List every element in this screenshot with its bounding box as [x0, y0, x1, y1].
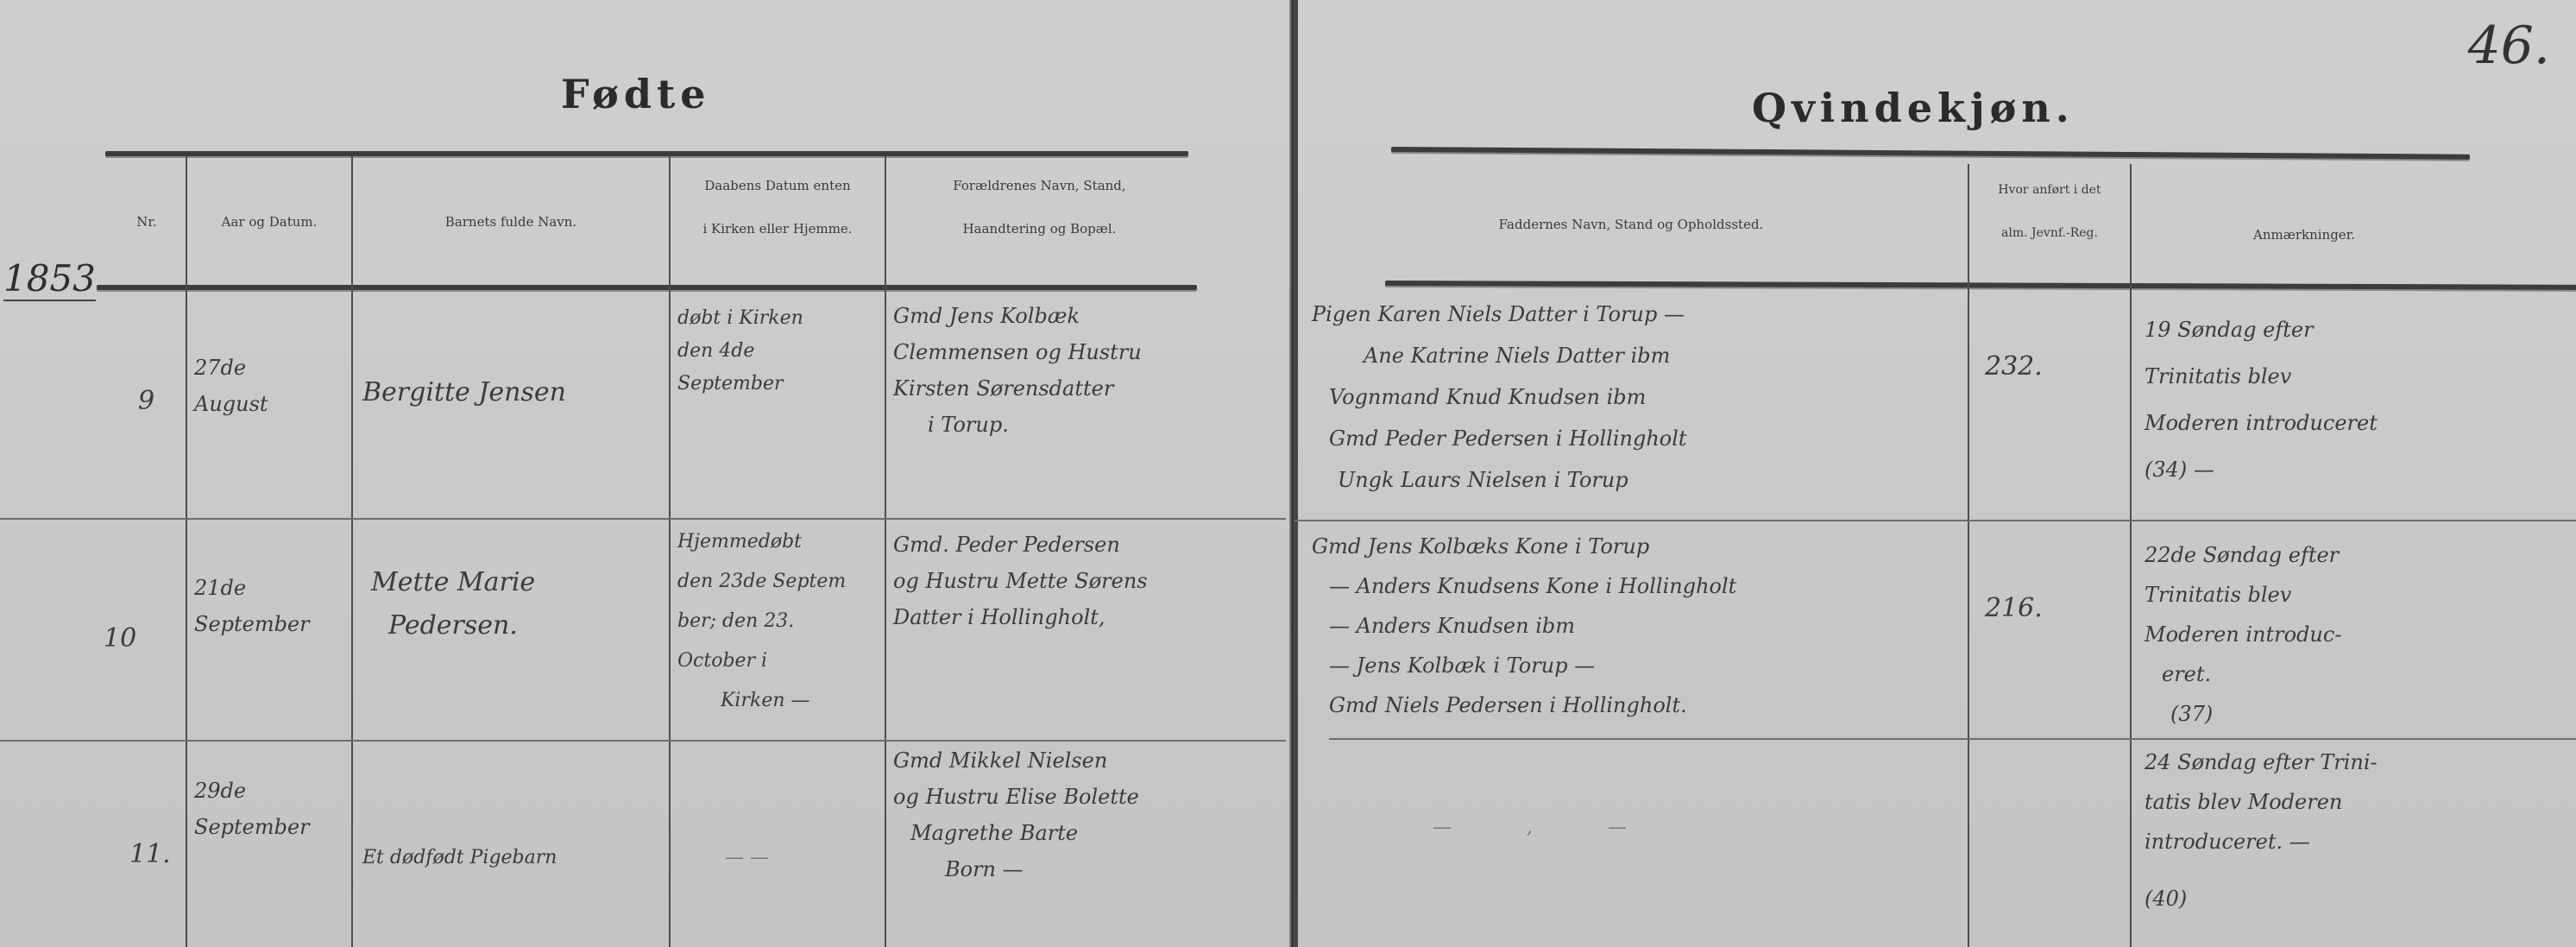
header-conf-reg: Hvor anført i det alm. Jevnf.-Reg.	[1969, 168, 2130, 255]
entry-sponsors: — , —	[1433, 811, 1661, 844]
header-parents-line2: Haandtering og Bopæl.	[886, 207, 1193, 250]
header-top-rule	[105, 151, 1188, 156]
row-divider	[0, 740, 1286, 742]
header-nr: Nr.	[112, 203, 181, 241]
entry-child-name: Mette Marie Pedersen.	[371, 561, 535, 647]
entry-remarks: 22de Søndag efter Trinitatis blev Modere…	[2145, 535, 2341, 734]
right-page: Qvindekjøn. 46. Faddernes Navn, Stand og…	[1294, 0, 2576, 947]
header-date: Aar og Datum.	[187, 203, 351, 241]
column-divider	[186, 155, 187, 947]
row-divider	[1329, 738, 2576, 740]
year-marker: 1853	[3, 257, 96, 301]
entry-baptism: døbt i Kirken den 4de September	[677, 302, 803, 401]
header-baptism: Daabens Datum enten i Kirken eller Hjemm…	[671, 164, 885, 250]
header-baptism-line2: i Kirken eller Hjemme.	[671, 207, 885, 250]
entry-parents: Gmd Mikkel Nielsen og Hustru Elise Bolet…	[893, 742, 1139, 887]
entry-date: 21de September	[194, 570, 310, 642]
entry-parents: Gmd Jens Kolbæk Clemmensen og Hustru Kir…	[893, 298, 1142, 443]
header-sponsors: Faddernes Navn, Stand og Opholdssted.	[1294, 205, 1968, 243]
header-remarks: Anmærkninger.	[2132, 216, 2477, 254]
header-parents-line1: Forældrenes Navn, Stand,	[886, 164, 1193, 207]
header-bottom-rule	[97, 285, 1197, 290]
entry-sponsors: Gmd Jens Kolbæks Kone i Torup — Anders K…	[1312, 527, 1736, 725]
entry-baptism: Hjemmedøbt den 23de Septem ber; den 23. …	[677, 522, 846, 721]
entry-nr: 10	[104, 617, 136, 660]
header-baptism-line1: Daabens Datum enten	[671, 164, 885, 207]
header-top-rule	[1391, 147, 2470, 160]
header-child-name: Barnets fulde Navn.	[353, 203, 669, 241]
column-divider	[1968, 164, 1969, 947]
column-divider	[669, 155, 671, 947]
row-divider	[1294, 520, 2576, 521]
entry-child-name: Et dødfødt Pigebarn	[362, 842, 557, 874]
page-title-female: Qvindekjøn.	[1752, 85, 2075, 131]
entry-parents: Gmd. Peder Pedersen og Hustru Mette Søre…	[893, 527, 1148, 635]
entry-date: 27de August	[194, 350, 268, 422]
column-divider	[351, 155, 353, 947]
entry-child-name: Bergitte Jensen	[362, 371, 566, 414]
entry-sponsors: Pigen Karen Niels Datter i Torup — Ane K…	[1312, 294, 1687, 501]
column-divider	[2130, 164, 2132, 947]
header-parents: Forældrenes Navn, Stand, Haandtering og …	[886, 164, 1193, 250]
row-divider	[0, 518, 1286, 520]
entry-nr: 11.	[129, 833, 171, 876]
folio-number: 46.	[2468, 16, 2550, 76]
entry-date: 29de September	[194, 773, 310, 845]
entry-baptism: — —	[725, 842, 769, 874]
entry-remarks: 19 Søndag efter Trinitatis blev Moderen …	[2145, 306, 2378, 493]
entry-conf-reg: 232.	[1985, 345, 2043, 388]
page-title-births: Fødte	[561, 71, 711, 117]
column-divider	[885, 155, 886, 947]
header-bottom-rule	[1385, 281, 2576, 290]
entry-conf-reg: 216.	[1985, 587, 2043, 630]
page-edge	[1294, 0, 1298, 947]
entry-nr: 9	[138, 380, 154, 423]
entry-remarks: 24 Søndag efter Trini- tatis blev Modere…	[2145, 742, 2378, 919]
left-page: Fødte 1853 Nr. Aar og Datum. Barnets ful…	[0, 0, 1291, 947]
